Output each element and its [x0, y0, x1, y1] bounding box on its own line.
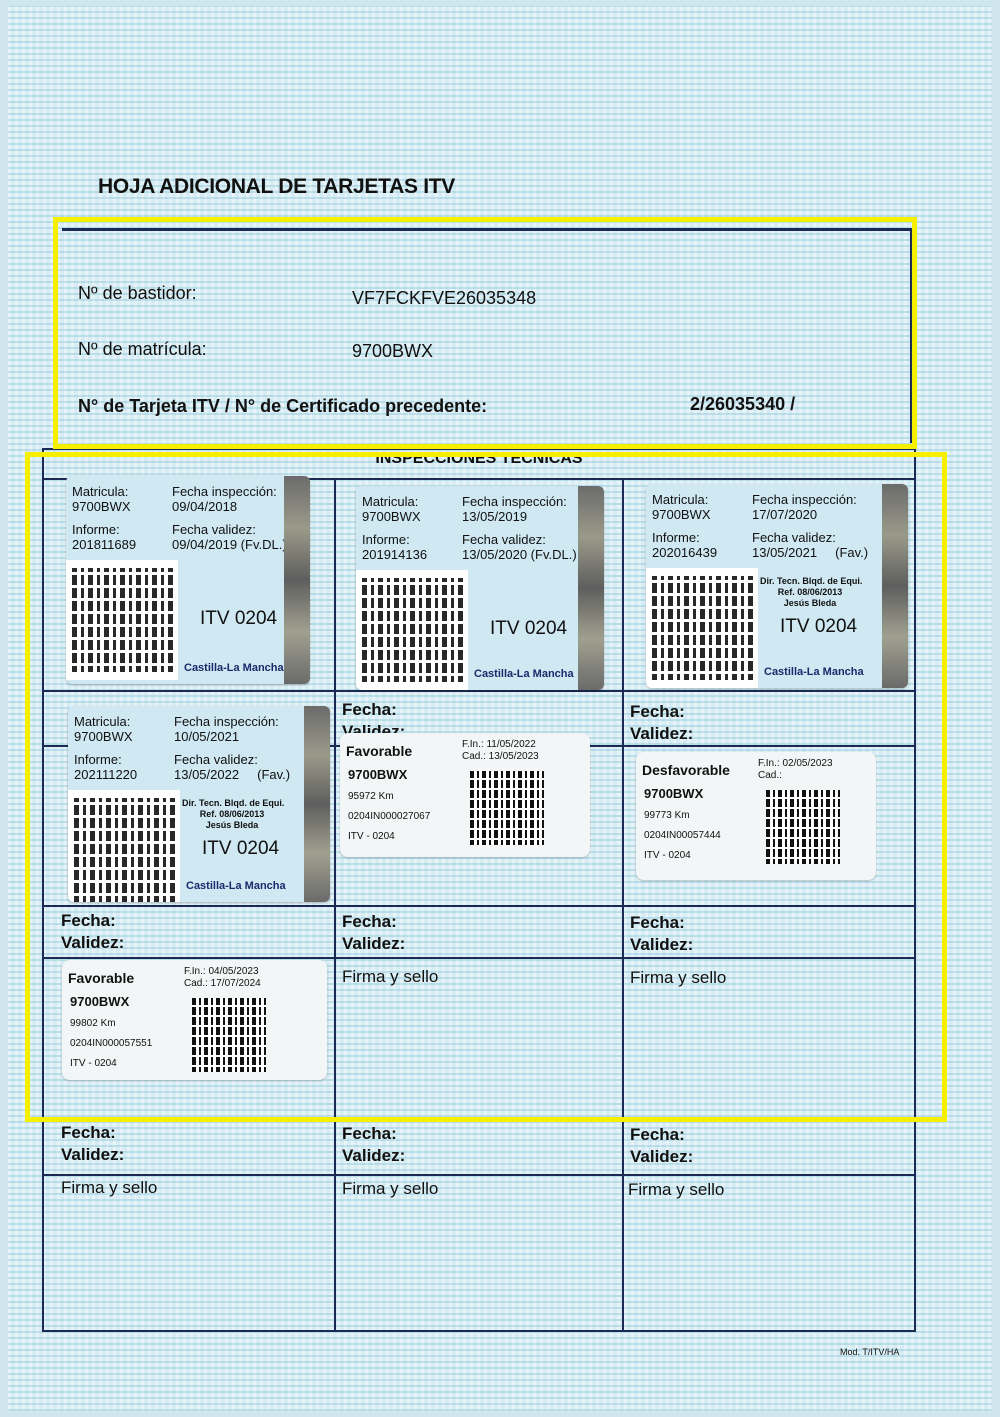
- cell-fecha-validez: Fecha:Validez:: [630, 1124, 693, 1168]
- form-code: Mod. T/ITV/HA: [840, 1347, 899, 1357]
- cell-fecha-validez: Fecha:Validez:: [342, 1123, 405, 1167]
- firma-label: Firma y sello: [61, 1178, 157, 1198]
- highlight-inspections: [25, 452, 947, 1122]
- firma-label: Firma y sello: [628, 1180, 724, 1200]
- page-title: HOJA ADICIONAL DE TARJETAS ITV: [98, 175, 455, 199]
- highlight-vehicle-info: [53, 217, 917, 449]
- firma-label: Firma y sello: [342, 1179, 438, 1199]
- cell-fecha-validez: Fecha:Validez:: [61, 1122, 124, 1166]
